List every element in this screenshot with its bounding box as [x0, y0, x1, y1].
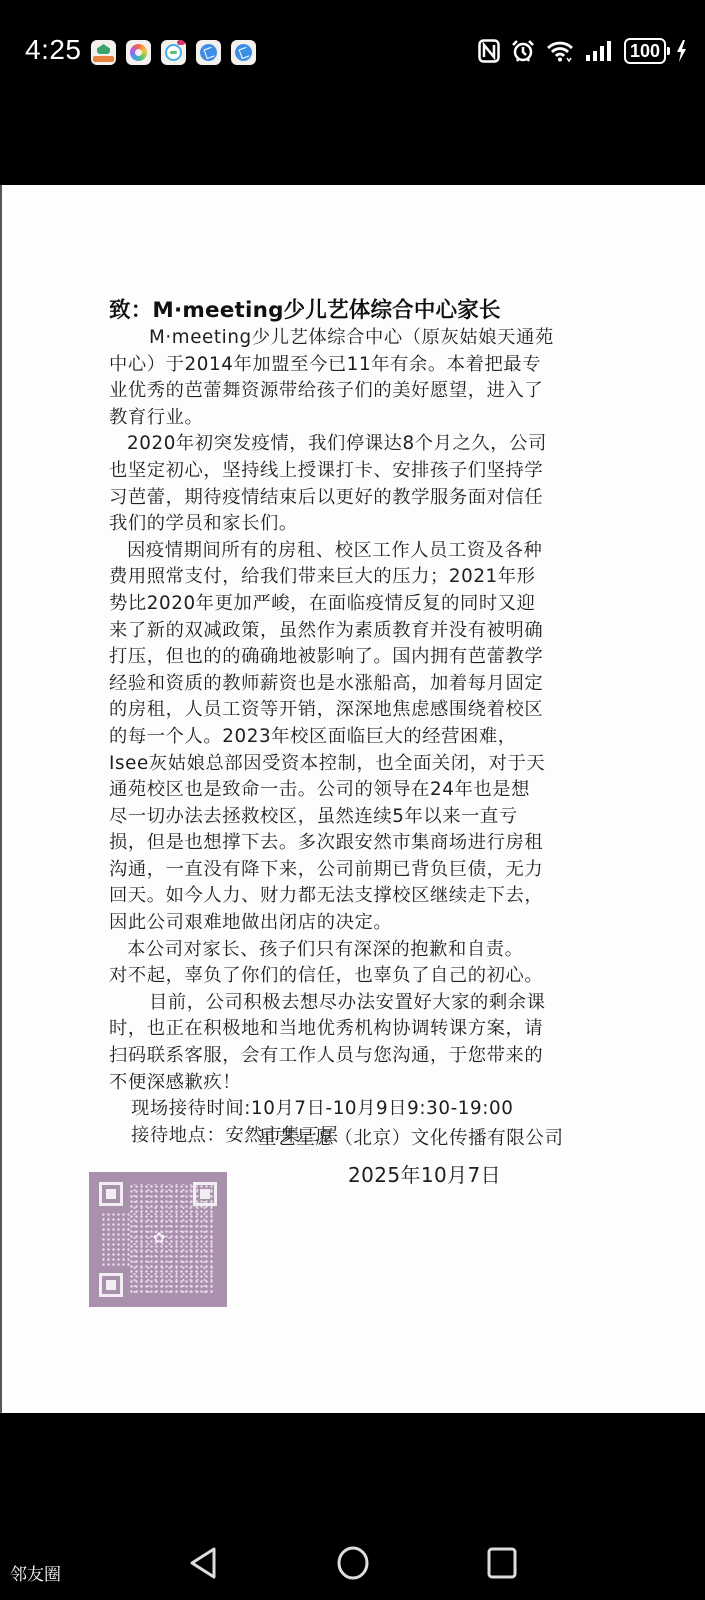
- status-bar: 4:25 100: [0, 0, 705, 105]
- paragraph: 因疫情期间所有的房租、校区工作人员工资及各种 费用照常支付，给我们带来巨大的压力…: [109, 538, 604, 937]
- text-line: 目前，公司积极去想尽办法安置好大家的剩余课: [109, 990, 604, 1017]
- text-line: 习芭蕾，期待疫情结束后以更好的教学服务面对信任: [109, 485, 604, 512]
- alarm-icon: [511, 39, 535, 63]
- text-line: 经验和资质的教师薪资也是水涨船高，加着每月固定: [109, 671, 604, 698]
- charging-icon: [675, 39, 687, 63]
- share-app-icon: [196, 40, 221, 65]
- mobile-carrier-app-icon: [161, 40, 186, 65]
- text-line: 本公司对家长、孩子们只有深深的抱歉和自责。: [109, 937, 604, 964]
- system-icons: 100: [478, 38, 687, 64]
- text-line: 中心）于2014年加盟至今已11年有余。本着把最专: [109, 352, 604, 379]
- qr-modules: [101, 1212, 131, 1267]
- notice-title: 致：M·meeting少儿艺体综合中心家长: [109, 297, 604, 325]
- share-app-icon: [231, 40, 256, 65]
- text-line: 2020年初突发疫情，我们停课达8个月之久，公司: [109, 431, 604, 458]
- text-line: 回天。如今人力、财力都无法支撑校区继续走下去，: [109, 883, 604, 910]
- text-line: 也坚定初心，坚持线上授课打卡、安排孩子们坚持学: [109, 458, 604, 485]
- text-line: Isee灰姑娘总部因受资本控制，也全面关闭，对于天: [109, 751, 604, 778]
- text-line: 因疫情期间所有的房租、校区工作人员工资及各种: [109, 538, 604, 565]
- battery-level: 100: [624, 38, 666, 64]
- wifi-icon: [546, 40, 574, 62]
- home-circle-icon: [336, 1546, 370, 1580]
- text-line: 业优秀的芭蕾舞资源带给孩子们的美好愿望，进入了: [109, 378, 604, 405]
- text-line: 来了新的双减政策，虽然作为素质教育并没有被明确: [109, 618, 604, 645]
- text-line: 打压，但也的的确确地被影响了。国内拥有芭蕾教学: [109, 644, 604, 671]
- recents-button[interactable]: [487, 1546, 517, 1584]
- paragraph: 本公司对家长、孩子们只有深深的抱歉和自责。 对不起，辜负了你们的信任，也辜负了自…: [109, 937, 604, 990]
- text-line: 沟通，一直没有降下来，公司前期已背负巨债，无力: [109, 857, 604, 884]
- notification-icons: [91, 40, 256, 65]
- nfc-icon: [478, 39, 500, 63]
- text-line: 对不起，辜负了你们的信任，也辜负了自己的初心。: [109, 963, 604, 990]
- text-line: 教育行业。: [109, 405, 604, 432]
- back-triangle-icon: [189, 1546, 217, 1580]
- text-line: 不便深感歉疚！: [109, 1070, 604, 1097]
- wechat-qr-code: ✿: [89, 1172, 227, 1307]
- image-viewer[interactable]: 致：M·meeting少儿艺体综合中心家长 M·meeting少儿艺体综合中心（…: [0, 185, 705, 1413]
- qr-finder-pattern: [193, 1182, 217, 1206]
- text-line: 我们的学员和家长们。: [109, 511, 604, 538]
- text-line: 尽一切办法去拯救校区，虽然连续5年以来一直亏: [109, 804, 604, 831]
- text-line: 的房租，人员工资等开销，深深地焦虑感围绕着校区: [109, 697, 604, 724]
- text-line: 的每一个人。2023年校区面临巨大的经营困难，: [109, 724, 604, 751]
- home-button[interactable]: [336, 1546, 370, 1584]
- qr-finder-pattern: [99, 1182, 123, 1206]
- signal-icon: [585, 41, 613, 61]
- reception-time: 现场接待时间:10月7日-10月9日9:30-19:00: [109, 1096, 604, 1123]
- text-line: 通苑校区也是致命一击。公司的领导在24年也是想: [109, 777, 604, 804]
- back-button[interactable]: [189, 1546, 217, 1584]
- notice-date: 2025年10月7日: [348, 1162, 501, 1188]
- paragraph: 2020年初突发疫情，我们停课达8个月之久，公司 也坚定初心，坚持线上授课打卡、…: [109, 431, 604, 537]
- text-line: 时，也正在积极地和当地优秀机构协调转课方案，请: [109, 1016, 604, 1043]
- paragraph: M·meeting少儿艺体综合中心（原灰姑娘天通苑 中心）于2014年加盟至今已…: [109, 325, 604, 431]
- home-app-icon: [91, 40, 116, 65]
- text-line: M·meeting少儿艺体综合中心（原灰姑娘天通苑: [109, 325, 604, 352]
- navigation-bar: 邻友圈: [0, 1413, 705, 1600]
- company-signature: 星艺星愿（北京）文化传播有限公司: [258, 1126, 564, 1152]
- text-line: 扫码联系客服，会有工作人员与您沟通，于您带来的: [109, 1043, 604, 1070]
- battery-indicator: 100: [624, 38, 670, 64]
- text-line: 势比2020年更加严峻，在面临疫情反复的同时又迎: [109, 591, 604, 618]
- qr-finder-pattern: [99, 1273, 123, 1297]
- clock: 4:25: [25, 34, 82, 66]
- text-line: 损，但是也想撑下去。多次跟安然市集商场进行房租: [109, 830, 604, 857]
- paragraph: 目前，公司积极去想尽办法安置好大家的剩余课 时，也正在积极地和当地优秀机构协调转…: [109, 990, 604, 1096]
- text-line: 因此公司艰难地做出闭店的决定。: [109, 910, 604, 937]
- battery-tip: [667, 47, 670, 55]
- watermark-label: 邻友圈: [10, 1564, 61, 1586]
- notice-document: 致：M·meeting少儿艺体综合中心家长 M·meeting少儿艺体综合中心（…: [109, 297, 604, 1149]
- recents-square-icon: [487, 1546, 517, 1580]
- ring-app-icon: [126, 40, 151, 65]
- text-line: 费用照常支付，给我们带来巨大的压力；2021年形: [109, 564, 604, 591]
- wechat-logo-icon: ✿: [149, 1230, 169, 1246]
